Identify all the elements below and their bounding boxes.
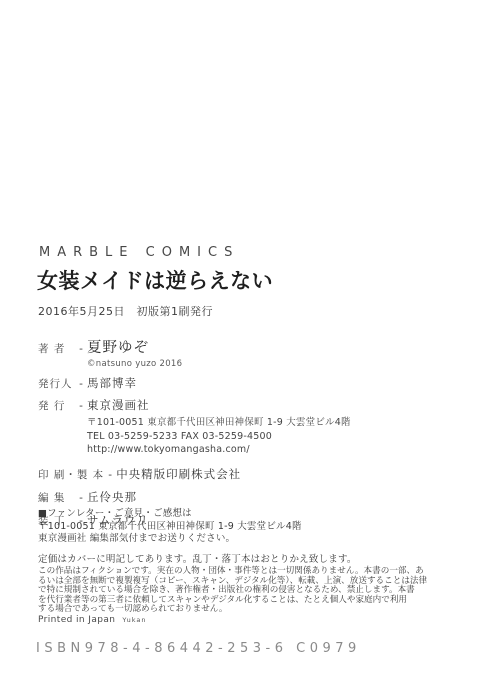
separator-dash: -	[75, 492, 87, 504]
legal-line: する場合であっても一切認められておりません。	[38, 605, 427, 615]
colophon-row-publisher: 発 行 - 東京漫画社	[38, 397, 448, 413]
isbn-line: ISBN978-4-86442-253-6 C0979	[36, 641, 361, 656]
colophon-table: 著 者 - 夏野ゆぞ ©natsuno yuzo 2016 発行人 - 馬部博幸…	[38, 336, 448, 528]
publisher-phone: TEL 03-5259-5233 FAX 03-5259-4500	[87, 430, 448, 444]
publisher-person-label: 発行人	[38, 376, 75, 391]
printing-label: 印 刷・製 本	[38, 467, 104, 482]
publisher-address: 〒101-0051 東京都千代田区神田神保町 1-9 大雲堂ビル4階	[87, 416, 448, 430]
copyright-note: ©natsuno yuzo 2016	[87, 359, 448, 369]
colophon-row-editor: 編 集 - 丘伶央那	[38, 489, 448, 505]
edition-date-line: 2016年5月25日 初版第1刷発行	[38, 303, 213, 319]
publisher-details: 〒101-0051 東京都千代田区神田神保町 1-9 大雲堂ビル4階 TEL 0…	[87, 416, 448, 457]
author-name: 夏野ゆぞ	[87, 336, 149, 357]
fanletter-recipient: 東京漫画社 編集部気付までお送りください。	[38, 533, 302, 546]
colophon-row-author: 著 者 - 夏野ゆぞ	[38, 336, 448, 357]
imprint-brand: MARBLE COMICS	[39, 245, 239, 260]
fanletter-address: 〒101-0051 東京都千代田区神田神保町 1-9 大雲堂ビル4階	[38, 521, 302, 534]
book-title: 女装メイドは逆らえない	[37, 265, 273, 295]
printing-company: 中央精版印刷株式会社	[116, 466, 241, 482]
colophon-row-publisher-person: 発行人 - 馬部博幸	[38, 375, 448, 391]
publisher-person-name: 馬部博幸	[87, 375, 137, 391]
printed-in-japan: Printed in JapanYukan	[38, 615, 147, 625]
legal-notice: この作品はフィクションです。実在の人物・団体・事件等とは一切関係ありません。本書…	[38, 567, 427, 615]
separator-dash: -	[75, 343, 87, 355]
printed-note: Yukan	[122, 616, 146, 624]
colophon-row-printing: 印 刷・製 本 - 中央精版印刷株式会社	[38, 466, 448, 482]
fanletter-heading: ■ファンレター・ご意見・ご感想は	[38, 508, 302, 521]
publisher-label: 発 行	[38, 398, 75, 413]
publisher-url: http://www.tokyomangasha.com/	[87, 443, 448, 457]
separator-dash: -	[75, 400, 87, 412]
publisher-name: 東京漫画社	[87, 397, 150, 413]
price-note: 定価はカバーに明記してあります。乱丁・落丁本はおとりかえ致します。	[38, 551, 357, 565]
separator-dash: -	[75, 378, 87, 390]
editor-label: 編 集	[38, 490, 75, 505]
separator-dash: -	[104, 469, 116, 481]
editor-name: 丘伶央那	[87, 489, 137, 505]
author-label: 著 者	[38, 341, 75, 356]
printed-text: Printed in Japan	[38, 615, 115, 625]
colophon-page: MARBLE COMICS 女装メイドは逆らえない 2016年5月25日 初版第…	[0, 0, 480, 685]
fanletter-block: ■ファンレター・ご意見・ご感想は 〒101-0051 東京都千代田区神田神保町 …	[38, 508, 302, 546]
